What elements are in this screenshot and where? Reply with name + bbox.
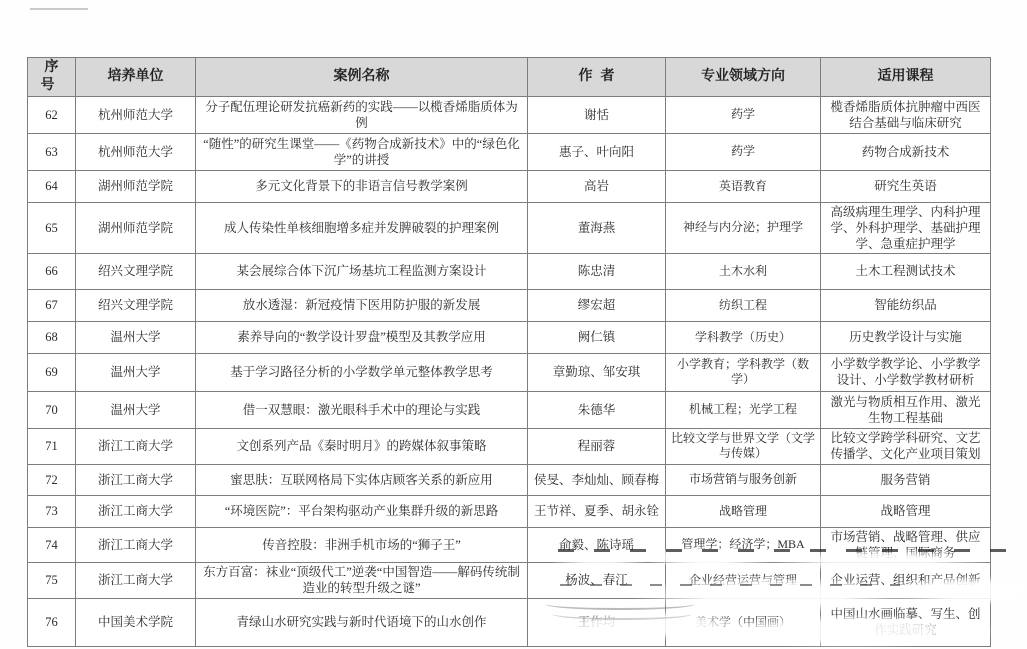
cell-course: 智能纺织品 [821, 289, 991, 321]
cell-course: 激光与物质相互作用、激光生物工程基础 [821, 391, 991, 428]
cell-no: 72 [28, 464, 76, 495]
cell-case: 放水透湿：新冠疫情下医用防护服的新发展 [196, 289, 528, 321]
cell-no: 68 [28, 321, 76, 353]
cell-no: 74 [28, 527, 76, 562]
col-header-index: 序号 [28, 58, 76, 97]
cell-unit: 杭州师范大学 [76, 133, 196, 170]
col-header-author: 作者 [528, 58, 666, 97]
cell-course: 高级病理生理学、内科护理学、外科护理学、基础护理学、急重症护理学 [821, 202, 991, 253]
cell-case: 东方百富：袜业“顶级代工”逆袭“中国智造——解码传统制造业的转型升级之谜” [196, 562, 528, 598]
cell-field: 神经与内分泌；护理学 [666, 202, 821, 253]
cell-case: 传音控股：非洲手机市场的“狮子王” [196, 527, 528, 562]
cell-author: 程丽蓉 [528, 428, 666, 464]
cell-course: 榄香烯脂质体抗肿瘤中西医结合基础与临床研究 [821, 96, 991, 133]
cell-case: 蜜思肤：互联网格局下实体店顾客关系的新应用 [196, 464, 528, 495]
table-row: 72 浙江工商大学 蜜思肤：互联网格局下实体店顾客关系的新应用 侯旻、李灿灿、顾… [28, 464, 991, 495]
table-row: 75 浙江工商大学 东方百富：袜业“顶级代工”逆袭“中国智造——解码传统制造业的… [28, 562, 991, 598]
cell-case: 分子配伍理论研发抗癌新药的实践——以榄香烯脂质体为例 [196, 96, 528, 133]
col-header-case-name: 案例名称 [196, 58, 528, 97]
table-header-row: 序号 培养单位 案例名称 作者 专业领域方向 适用课程 [28, 58, 991, 97]
cell-field: 企业经营运营与管理 [666, 562, 821, 598]
cell-unit: 温州大学 [76, 353, 196, 391]
cell-author: 王节祥、夏季、胡永铨 [528, 495, 666, 527]
cell-course: 服务营销 [821, 464, 991, 495]
cell-field: 战略管理 [666, 495, 821, 527]
cell-no: 70 [28, 391, 76, 428]
cell-no: 76 [28, 598, 76, 646]
cell-case: “随性”的研究生课堂——《药物合成新技术》中的“绿色化学”的讲授 [196, 133, 528, 170]
cell-no: 67 [28, 289, 76, 321]
cell-course: 历史教学设计与实施 [821, 321, 991, 353]
cell-no: 73 [28, 495, 76, 527]
table-row: 63 杭州师范大学 “随性”的研究生课堂——《药物合成新技术》中的“绿色化学”的… [28, 133, 991, 170]
cell-author: 章勤琼、邹安琪 [528, 353, 666, 391]
cell-course: 企业运营、组织和产品创新 [821, 562, 991, 598]
cell-author: 谢恬 [528, 96, 666, 133]
cell-field: 美术学（中国画） [666, 598, 821, 646]
cell-unit: 浙江工商大学 [76, 428, 196, 464]
table-row: 68 温州大学 素养导向的“教学设计罗盘”模型及其教学应用 阙仁镇 学科教学（历… [28, 321, 991, 353]
cell-unit: 浙江工商大学 [76, 495, 196, 527]
table-row: 70 温州大学 借一双慧眼：激光眼科手术中的理论与实践 朱德华 机械工程；光学工… [28, 391, 991, 428]
cell-case: 基于学习路径分析的小学数学单元整体教学思考 [196, 353, 528, 391]
cell-course: 药物合成新技术 [821, 133, 991, 170]
table-row: 71 浙江工商大学 文创系列产品《秦时明月》的跨媒体叙事策略 程丽蓉 比较文学与… [28, 428, 991, 464]
table-row: 76 中国美术学院 青绿山水研究实践与新时代语境下的山水创作 王作均 美术学（中… [28, 598, 991, 646]
cell-field: 英语教育 [666, 170, 821, 202]
cell-unit: 绍兴文理学院 [76, 289, 196, 321]
scan-artifact-line [30, 8, 88, 10]
cell-field: 市场营销与服务创新 [666, 464, 821, 495]
cell-author: 俞毅、陈诗瑶 [528, 527, 666, 562]
table-row: 69 温州大学 基于学习路径分析的小学数学单元整体教学思考 章勤琼、邹安琪 小学… [28, 353, 991, 391]
cell-author: 陈忠清 [528, 253, 666, 289]
cell-course: 小学数学教学论、小学教学设计、小学数学教材研析 [821, 353, 991, 391]
cell-no: 62 [28, 96, 76, 133]
cell-field: 纺织工程 [666, 289, 821, 321]
table-row: 64 湖州师范学院 多元文化背景下的非语言信号教学案例 高岩 英语教育 研究生英… [28, 170, 991, 202]
cell-no: 63 [28, 133, 76, 170]
table-row: 65 湖州师范学院 成人传染性单核细胞增多症并发脾破裂的护理案例 董海燕 神经与… [28, 202, 991, 253]
table-row: 74 浙江工商大学 传音控股：非洲手机市场的“狮子王” 俞毅、陈诗瑶 管理学；经… [28, 527, 991, 562]
cell-no: 65 [28, 202, 76, 253]
table-row: 67 绍兴文理学院 放水透湿：新冠疫情下医用防护服的新发展 缪宏超 纺织工程 智… [28, 289, 991, 321]
cell-course: 市场营销、战略管理、供应链管理、国际商务 [821, 527, 991, 562]
cell-case: 多元文化背景下的非语言信号教学案例 [196, 170, 528, 202]
cell-course: 比较文学跨学科研究、文艺传播学、文化产业项目策划 [821, 428, 991, 464]
cell-no: 66 [28, 253, 76, 289]
cell-case: 青绿山水研究实践与新时代语境下的山水创作 [196, 598, 528, 646]
cell-author: 朱德华 [528, 391, 666, 428]
cell-author: 王作均 [528, 598, 666, 646]
cell-field: 药学 [666, 133, 821, 170]
cell-unit: 中国美术学院 [76, 598, 196, 646]
cell-unit: 浙江工商大学 [76, 562, 196, 598]
cell-no: 71 [28, 428, 76, 464]
cell-author: 高岩 [528, 170, 666, 202]
cell-field: 机械工程；光学工程 [666, 391, 821, 428]
cell-no: 75 [28, 562, 76, 598]
cell-field: 比较文学与世界文学（文学与传媒） [666, 428, 821, 464]
cell-course: 中国山水画临摹、写生、创作实践研究 [821, 598, 991, 646]
col-header-unit: 培养单位 [76, 58, 196, 97]
cell-unit: 温州大学 [76, 321, 196, 353]
cell-unit: 浙江工商大学 [76, 464, 196, 495]
cell-field: 土木水利 [666, 253, 821, 289]
cell-author: 阙仁镇 [528, 321, 666, 353]
cell-course: 研究生英语 [821, 170, 991, 202]
col-header-course: 适用课程 [821, 58, 991, 97]
cell-case: 文创系列产品《秦时明月》的跨媒体叙事策略 [196, 428, 528, 464]
case-table: 序号 培养单位 案例名称 作者 专业领域方向 适用课程 62 杭州师范大学 分子… [27, 57, 991, 647]
cell-unit: 浙江工商大学 [76, 527, 196, 562]
table-row: 66 绍兴文理学院 某会展综合体下沉广场基坑工程监测方案设计 陈忠清 土木水利 … [28, 253, 991, 289]
cell-unit: 杭州师范大学 [76, 96, 196, 133]
cell-author: 侯旻、李灿灿、顾春梅 [528, 464, 666, 495]
cell-case: 某会展综合体下沉广场基坑工程监测方案设计 [196, 253, 528, 289]
table-row: 73 浙江工商大学 “环境医院”：平台架构驱动产业集群升级的新思路 王节祥、夏季… [28, 495, 991, 527]
cell-unit: 湖州师范学院 [76, 170, 196, 202]
cell-course: 土木工程测试技术 [821, 253, 991, 289]
cell-unit: 绍兴文理学院 [76, 253, 196, 289]
cell-author: 惠子、叶向阳 [528, 133, 666, 170]
cell-no: 69 [28, 353, 76, 391]
cell-field: 管理学；经济学；MBA [666, 527, 821, 562]
cell-no: 64 [28, 170, 76, 202]
cell-case: “环境医院”：平台架构驱动产业集群升级的新思路 [196, 495, 528, 527]
cell-case: 素养导向的“教学设计罗盘”模型及其教学应用 [196, 321, 528, 353]
cell-unit: 湖州师范学院 [76, 202, 196, 253]
cell-field: 学科教学（历史） [666, 321, 821, 353]
cell-author: 董海燕 [528, 202, 666, 253]
cell-course: 战略管理 [821, 495, 991, 527]
table-row: 62 杭州师范大学 分子配伍理论研发抗癌新药的实践——以榄香烯脂质体为例 谢恬 … [28, 96, 991, 133]
cell-field: 药学 [666, 96, 821, 133]
cell-author: 缪宏超 [528, 289, 666, 321]
cell-case: 借一双慧眼：激光眼科手术中的理论与实践 [196, 391, 528, 428]
cell-case: 成人传染性单核细胞增多症并发脾破裂的护理案例 [196, 202, 528, 253]
cell-author: 杨波、春江 [528, 562, 666, 598]
cell-unit: 温州大学 [76, 391, 196, 428]
scanned-document-page: 序号 培养单位 案例名称 作者 专业领域方向 适用课程 62 杭州师范大学 分子… [0, 0, 1027, 649]
cell-field: 小学教育；学科教学（数学） [666, 353, 821, 391]
col-header-field: 专业领域方向 [666, 58, 821, 97]
